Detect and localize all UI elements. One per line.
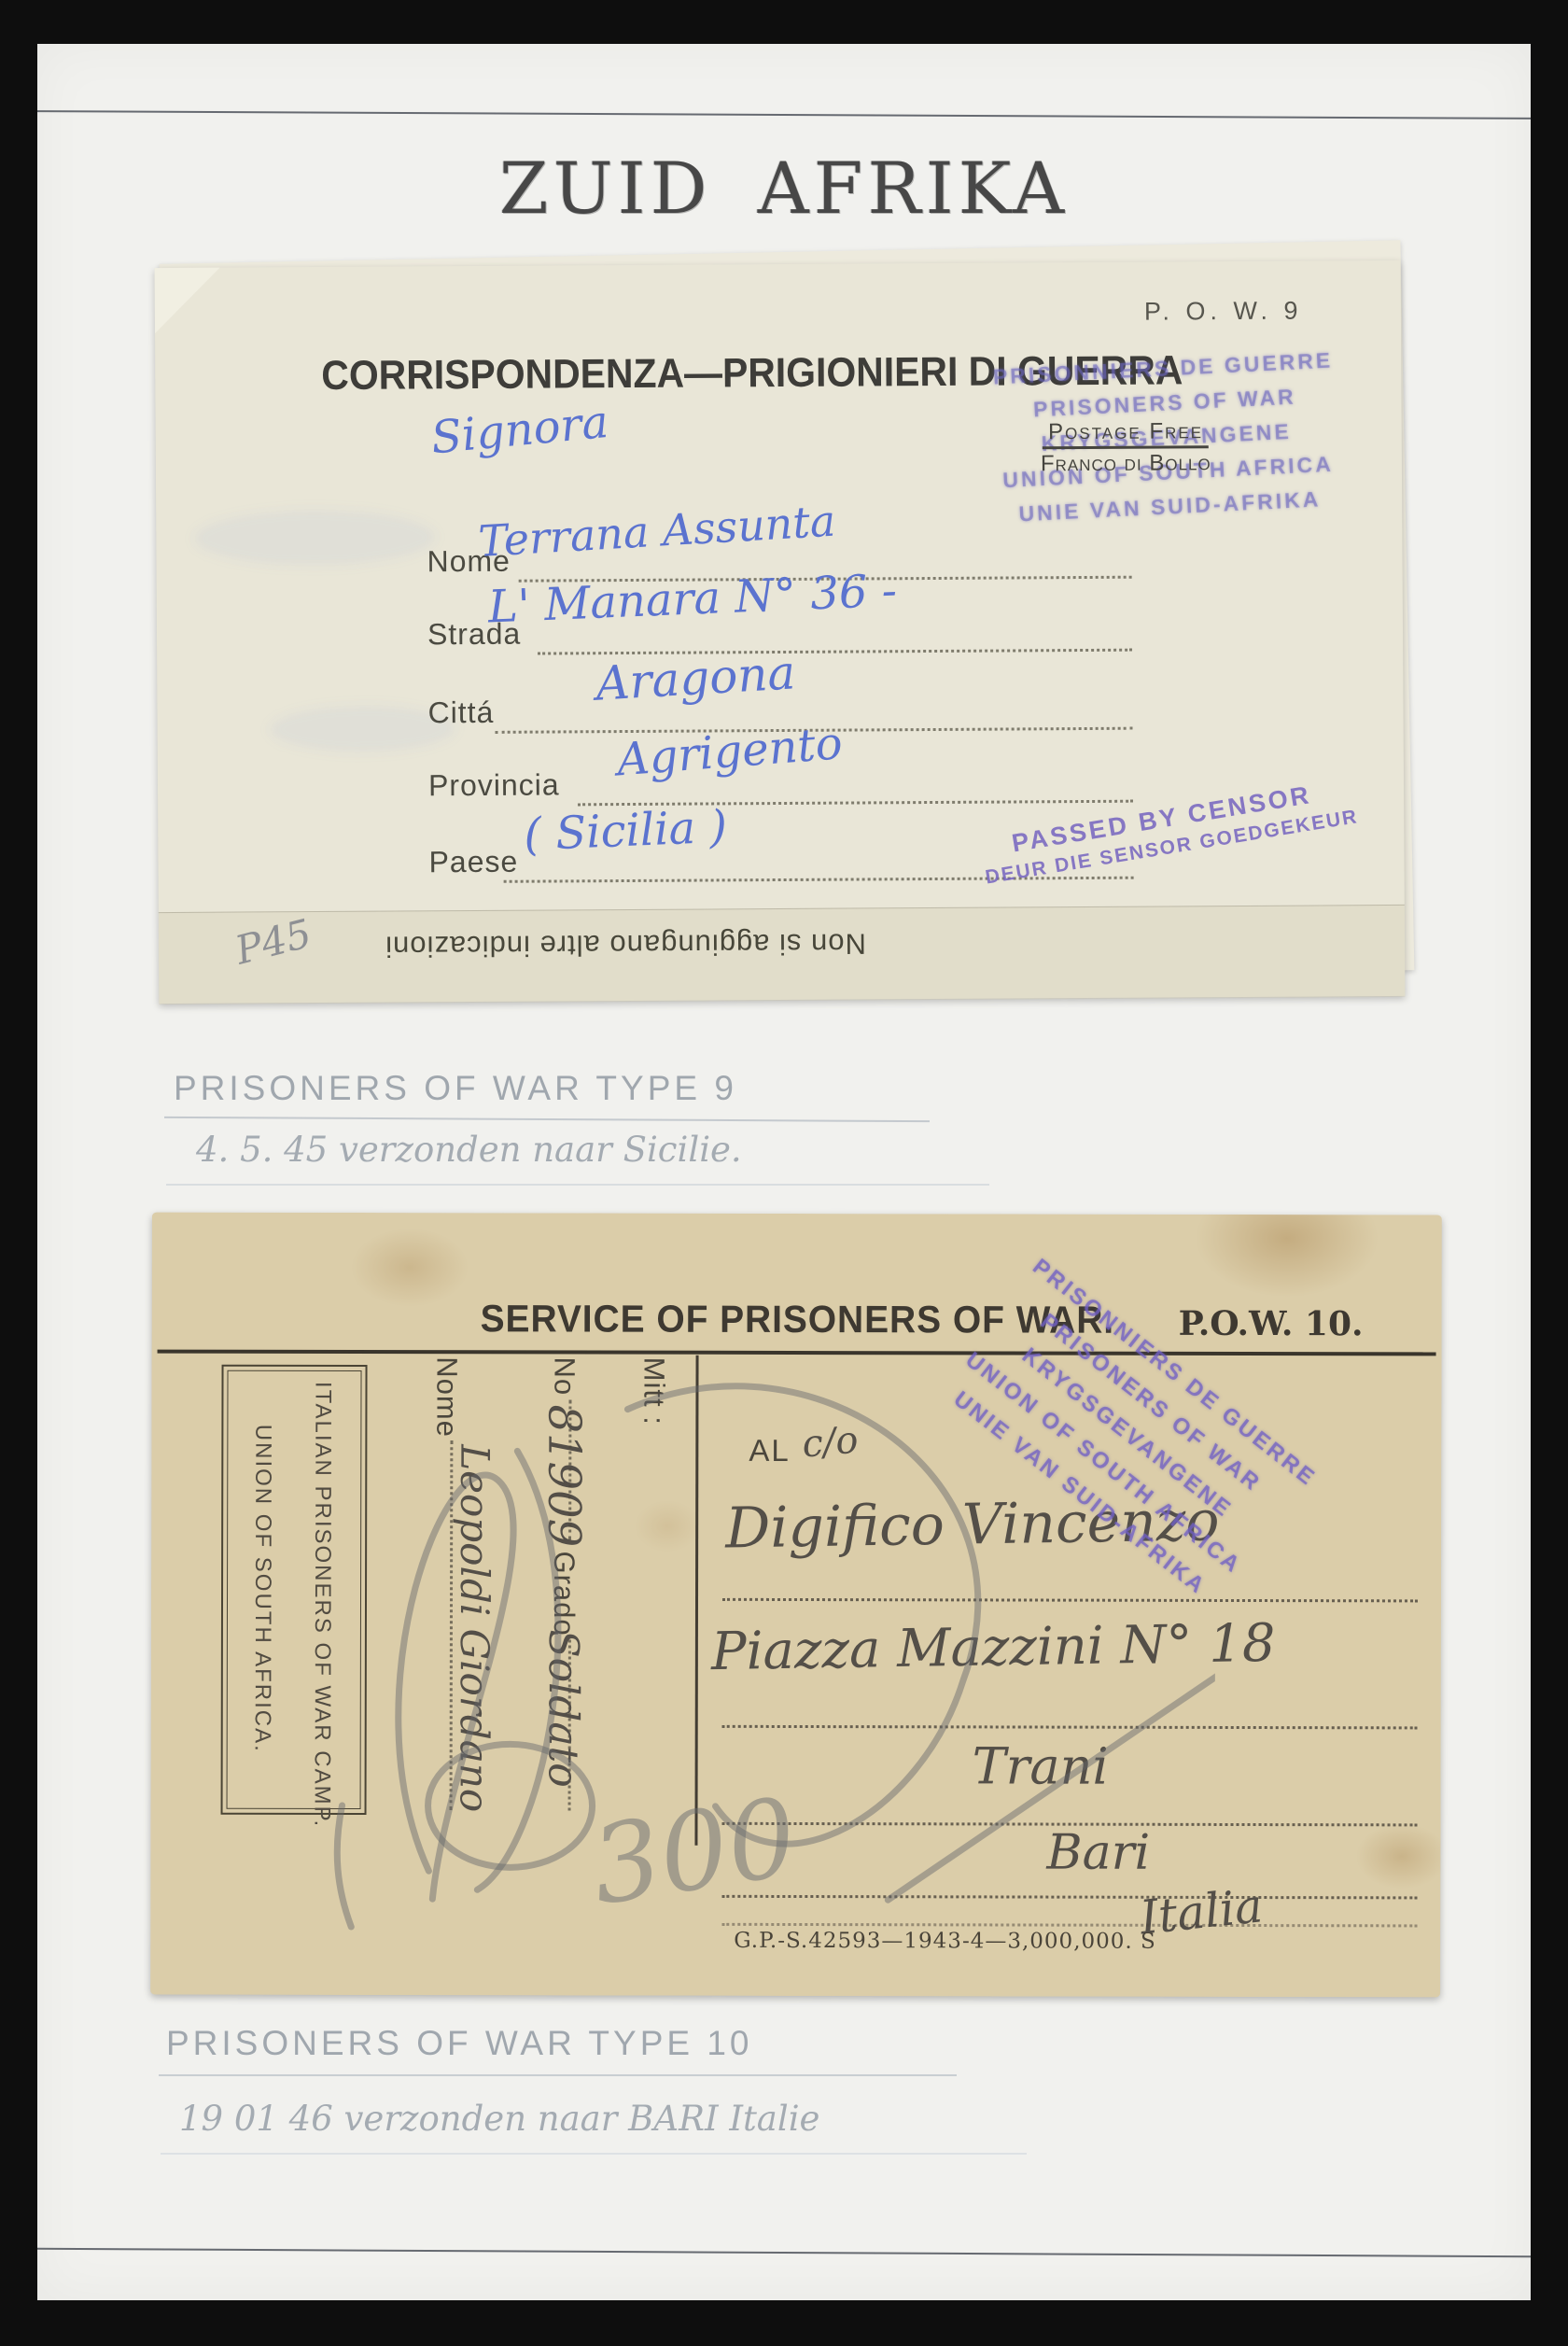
postage-free-box: Postage Free Franco di Bollo bbox=[1041, 418, 1211, 477]
caption-underline bbox=[159, 2074, 957, 2076]
page-bottom-rule bbox=[37, 2248, 1531, 2257]
handwritten-salutation: Signora bbox=[428, 396, 610, 465]
postage-free-label: Postage Free bbox=[1043, 418, 1209, 449]
pencil-scribble: 300 bbox=[318, 1367, 1215, 1975]
scribble-number: 300 bbox=[583, 1775, 805, 1930]
handwritten-country: ( Sicilia ) bbox=[523, 801, 728, 862]
caption1-title: PRISONERS OF WAR TYPE 9 bbox=[174, 1069, 737, 1108]
field-label-paese: Paese bbox=[428, 845, 518, 880]
inverted-instruction: Non si aggiungano altre indicazioni bbox=[299, 926, 952, 963]
header-rule bbox=[158, 1350, 1436, 1356]
caption-underline bbox=[166, 1184, 989, 1186]
caption1-note: 4. 5. 45 verzonden naar Sicilie. bbox=[196, 1130, 742, 1170]
blue-smudge bbox=[193, 509, 436, 567]
handwritten-street: L' Manara N° 36 - bbox=[487, 565, 898, 634]
card-code: P.O.W. 10. bbox=[1179, 1304, 1364, 1343]
camp-name-line: UNION OF SOUTH AFRICA. bbox=[249, 1425, 276, 1753]
handwritten-name: Terrana Assunta bbox=[477, 496, 837, 567]
dotted-rule bbox=[538, 649, 1132, 655]
folded-corner bbox=[155, 268, 220, 333]
pow10-card: SERVICE OF PRISONERS OF WAR. P.O.W. 10. … bbox=[150, 1213, 1442, 1998]
caption2-note: 19 01 46 verzonden naar BARI Italie bbox=[179, 2099, 819, 2139]
page-title: ZUID AFRIKA bbox=[37, 147, 1531, 230]
caption2-title: PRISONERS OF WAR TYPE 10 bbox=[166, 2024, 753, 2063]
handwritten-province: Agrigento bbox=[615, 717, 844, 786]
caption-underline bbox=[161, 2153, 1027, 2155]
censor-stamp: PASSED BY CENSOR DEUR DIE SENSOR GOEDGEK… bbox=[1010, 774, 1360, 884]
card-code: P. O. W. 9 bbox=[1144, 297, 1303, 327]
scanned-album-photo: { "page": { "title": "ZUID AFRIKA" }, "c… bbox=[0, 0, 1568, 2346]
pow9-card: P. O. W. 9 CORRISPONDENZA—PRIGIONIERI DI… bbox=[155, 260, 1406, 1004]
handwritten-city: Aragona bbox=[595, 645, 797, 710]
field-label-provincia: Provincia bbox=[428, 767, 560, 803]
field-label-citta: Cittá bbox=[427, 695, 494, 730]
page-top-rule bbox=[37, 110, 1531, 119]
franco-di-bollo-label: Franco di Bollo bbox=[1041, 450, 1211, 477]
